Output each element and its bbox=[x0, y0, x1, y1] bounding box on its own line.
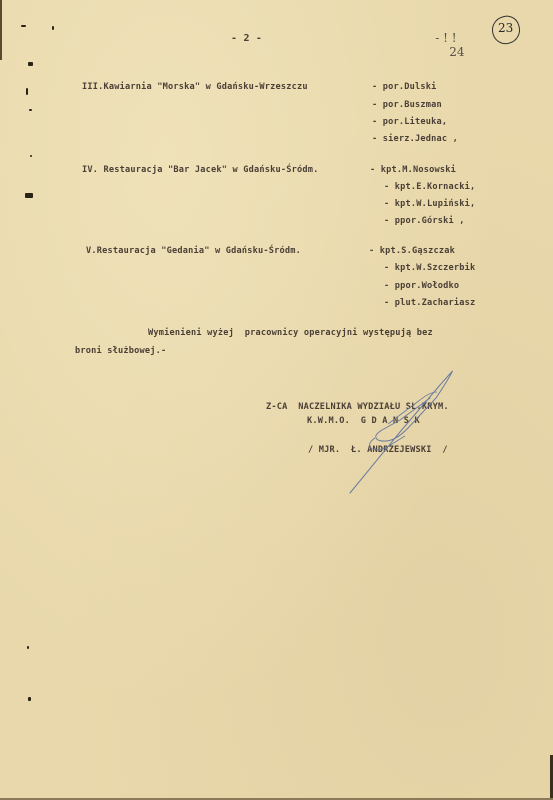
document-page: - 2 - - ! ! 24 23 III.Kawiarnia "Morska"… bbox=[0, 0, 553, 800]
handwritten-signature bbox=[0, 0, 553, 800]
